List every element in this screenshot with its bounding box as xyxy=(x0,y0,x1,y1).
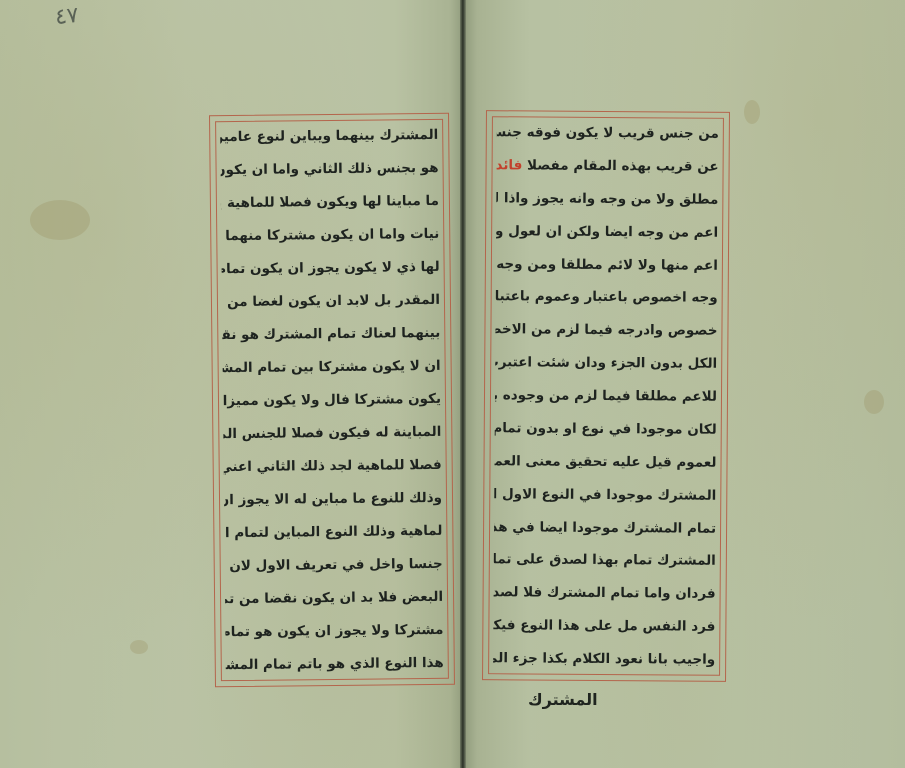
text-line: لعموم قيل عليه تحقيق معنى العموم لا يتوق… xyxy=(494,452,716,472)
text-line: فرد النفس مل على هذا النوع فيكون فرد واح… xyxy=(493,616,715,636)
text-line: مشتركا ولا يجوز ان يكون هو تمام المشترك … xyxy=(225,621,443,641)
left-text-frame: المشترك بينهما ويباين لنوع عامين النوع ا… xyxy=(215,119,449,681)
text-line: المشترك تمام بهذا لصدق على تمام المشترك … xyxy=(494,551,716,571)
text-line: ان لا يكون مشتركا بين تمام المشترك ويباي… xyxy=(223,357,441,377)
text-line: عن قريب بهذه المقام مفصلا فائدة xyxy=(497,156,719,176)
text-line: جنسا واخل في تعريف الاول لان ذلك النوع م… xyxy=(225,555,443,575)
text-line-content: للاعم مطلقا فيما لزم من وجوده بدون تمام … xyxy=(495,386,717,404)
text-line: فصلا للماهية لجد ذلك الثاني اعني ما يكون… xyxy=(224,456,442,476)
manuscript-spread: ٤٧ المشترك بينهما ويباين لنوع عامين النو… xyxy=(0,0,905,768)
text-line: مطلق ولا من وجه وانه يجوز واذا لم يكن اخ… xyxy=(496,189,718,209)
text-line: للاعم مطلقا فيما لزم من وجوده بدون تمام … xyxy=(495,386,717,406)
text-line: لها ذي لا يكون يجوز ان يكون تمام المشترك… xyxy=(222,258,440,278)
paper-stain xyxy=(744,100,760,124)
paper-stain xyxy=(30,200,90,240)
catchword: المشترك xyxy=(528,690,598,709)
text-line: المشترك موجودا في النوع الاول الذي هو با… xyxy=(494,485,716,505)
text-line: لماهية وذلك النوع المباين لتمام المشترك … xyxy=(224,522,442,542)
text-line: البعض فلا بد ان يكون نقضا من تمام المشتر… xyxy=(225,588,443,608)
paper-stain xyxy=(864,390,884,414)
text-line: اعم منها ولا لائم مطلقا ومن وجه ايضا ولج… xyxy=(496,255,718,275)
text-line: فردان واما تمام المشترك فلا لصدق على نفس… xyxy=(494,583,716,603)
rubric-faida: فائدة xyxy=(497,157,523,173)
right-text-block: من جنس قريب لا يكون فوقه جنس ولا تحته جن… xyxy=(493,123,719,669)
binding-gutter xyxy=(460,0,466,768)
text-line: ما مباينا لها ويكون فصلا للماهية يميز ال… xyxy=(221,192,439,212)
text-line-content: عن قريب بهذه المقام مفصلا xyxy=(527,157,719,174)
text-line: بينهما لعناك تمام المشترك هو نقصه وجزوه … xyxy=(222,324,440,344)
right-text-frame: من جنس قريب لا يكون فوقه جنس ولا تحته جن… xyxy=(488,116,724,676)
text-line: وذلك للنوع ما مباين له الا يجوز ان يكون … xyxy=(224,489,442,509)
text-line: هذا النوع الذي هو باتم تمام المشترك مباي… xyxy=(226,654,444,674)
text-line: من جنس قريب لا يكون فوقه جنس ولا تحته جن… xyxy=(497,123,719,143)
text-line: الكل بدون الجزء ودان شئت اعتبرت عمومه وج… xyxy=(495,353,717,373)
text-line: واجيب بانا نعود الكلام بكذا جزء الماهية … xyxy=(493,649,715,669)
left-text-block: المشترك بينهما ويباين لنوع عامين النوع ا… xyxy=(220,126,444,674)
text-line: اعم من وجه ايضا ولكن ان لعول ولا اخص اي … xyxy=(496,222,718,242)
text-line: المشترك بينهما ويباين لنوع عامين النوع ا… xyxy=(220,126,438,146)
text-line: يكون مشتركا فال ولا يكون مميزا لتمام الم… xyxy=(223,390,441,410)
text-line: خصوص وادرجه فيما لزم من الاخص مطلقا ومع … xyxy=(495,320,717,340)
paper-stain xyxy=(130,640,148,654)
text-line: تمام المشترك موجودا ايضا في هذا النوع وي… xyxy=(494,518,716,538)
text-line: المباينة له فيكون فصلا للجنس الماهية الذ… xyxy=(223,423,441,443)
text-line: نيات واما ان يكون مشتركا منهما ويباين نو… xyxy=(221,225,439,245)
text-line: المقدر بل لابد ان يكون لغضا من تمام المش… xyxy=(222,291,440,311)
text-line: هو بجنس ذلك الثاني واما ان يكون مشتركا ا… xyxy=(220,159,438,179)
text-line: لكان موجودا في نوع او بدون تمام المشترك … xyxy=(495,419,717,439)
text-line: وجه اخصوص باعتبار وعموم باعتبار فان شئت … xyxy=(496,288,718,308)
folio-number: ٤٧ xyxy=(54,3,80,30)
